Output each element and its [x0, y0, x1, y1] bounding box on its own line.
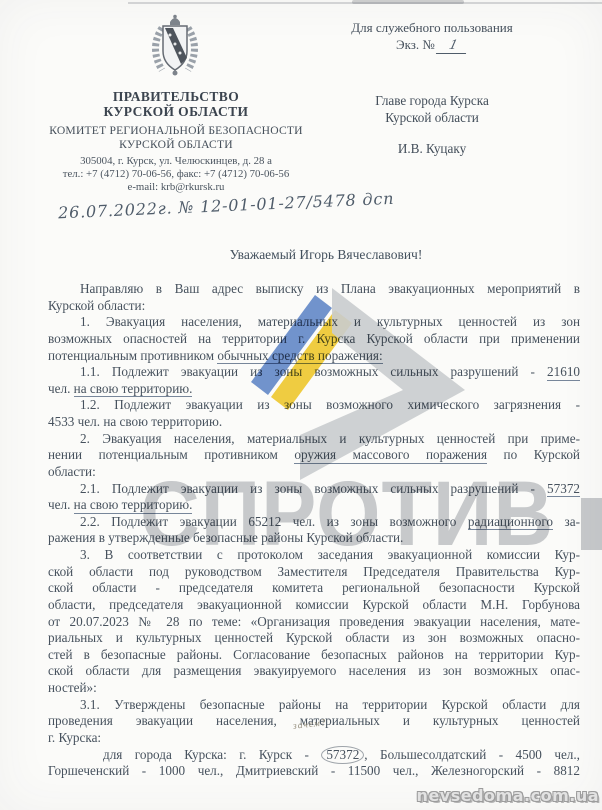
pencil-circle: 57372	[321, 746, 364, 764]
body-line: области, председателя эвакуационной коми…	[48, 597, 580, 614]
body-line: 1. Эвакуация населения, материальных и к…	[48, 314, 580, 331]
body-line: Направляю в Ваш адрес выписку из Плана э…	[48, 281, 580, 298]
body-line: 1.2. Подлежит эвакуации из зоны возможно…	[48, 397, 580, 414]
body-line: Курской области:	[48, 298, 580, 315]
department-name: КОМИТЕТ РЕГИОНАЛЬНОЙ БЕЗОПАСНОСТИ КУРСКО…	[20, 124, 332, 151]
body-text: Курской области:	[48, 298, 145, 313]
recipient-block: Главе города Курска Курской области И.В.…	[322, 93, 542, 158]
org-email: e-mail: krb@rkursk.ru	[20, 181, 332, 194]
scanned-letter-page: ПРАВИТЕЛЬСТВО КУРСКОЙ ОБЛАСТИ КОМИТЕТ РЕ…	[0, 0, 602, 810]
org-name: ПРАВИТЕЛЬСТВО КУРСКОЙ ОБЛАСТИ	[20, 90, 332, 119]
body-line: стей в безопасные районы. Согласование б…	[48, 647, 580, 664]
body-text: от 20.07.2023 № 28 по теме: «Организация…	[48, 614, 580, 629]
classification-stamp: Для служебного пользования Экз. № 1	[322, 20, 542, 54]
body-text: риальных и культурных ценностей Курской …	[48, 630, 580, 645]
body-text: ской области под руководством Заместител…	[48, 564, 580, 579]
org-address: 305004, г. Курск, ул. Челюскинцев, д. 28…	[20, 155, 332, 168]
kursk-coat-of-arms-icon	[142, 13, 208, 81]
body-text: чел.	[48, 497, 74, 512]
salutation: Уважаемый Игорь Вячеславович!	[60, 247, 592, 263]
body-line: ской области - председателя комитета рег…	[48, 580, 580, 597]
body-line: ностей»:	[48, 680, 580, 697]
body-text: Горшеченский - 1000 чел., Дмитриевский -…	[48, 763, 580, 778]
watermark-edge-fragment	[581, 498, 602, 550]
body-line: чел. на свою территорию.	[48, 381, 580, 398]
department-line1: КОМИТЕТ РЕГИОНАЛЬНОЙ БЕЗОПАСНОСТИ	[20, 124, 332, 138]
body-line: чел. на свою территорию.	[48, 497, 580, 514]
body-line: потенциальным противником обычных средст…	[48, 348, 580, 365]
body-text: 3.1. Утверждены безопасные районы на тер…	[80, 697, 580, 712]
body-text: 2.2. Подлежит эвакуации 65212 чел. из зо…	[80, 514, 468, 529]
body-line: 2.1. Подлежит эвакуации из зоны возможны…	[48, 481, 580, 498]
body-text: 1.1. Подлежит эвакуации из зоны возможны…	[80, 364, 547, 379]
recipient-line2: Курской области	[322, 110, 542, 127]
body-text: 3. В соответствии с протоколом заседания…	[80, 547, 580, 562]
body-text: , Большесолдатский - 4500 чел.,	[364, 747, 580, 762]
pencil-underline: 21610	[547, 364, 580, 381]
recipient-name: И.В. Куцаку	[322, 141, 542, 158]
body-line: от 20.07.2023 № 28 по теме: «Организация…	[48, 614, 580, 631]
body-text: стей в безопасные районы. Согласование б…	[48, 647, 580, 662]
pencil-underline: на свою территорию.	[74, 497, 193, 514]
body-line: ской области под руководством Заместител…	[48, 564, 580, 581]
body-line: 4533 чел. на свою территорию.	[48, 414, 580, 431]
department-line2: КУРСКОЙ ОБЛАСТИ	[20, 138, 332, 152]
body-line: риальных и культурных ценностей Курской …	[48, 630, 580, 647]
org-contacts: 305004, г. Курск, ул. Челюскинцев, д. 28…	[20, 155, 332, 194]
org-name-line1: ПРАВИТЕЛЬСТВО	[20, 90, 332, 105]
body-line: для города Курска: г. Курск - 57372, Бол…	[48, 747, 580, 764]
body-line: ской области для размещения эвакуируемог…	[48, 663, 580, 680]
body-text: для города Курска: г. Курск -	[103, 747, 321, 762]
body-line: 3. В соответствии с протоколом заседания…	[48, 547, 580, 564]
body-text: 1.2. Подлежит эвакуации из зоны возможно…	[80, 397, 580, 412]
copy-number-line: Экз. № 1	[322, 37, 542, 54]
copy-label: Экз. №	[396, 37, 435, 52]
body-line: возможных опасностей на территории г. Ку…	[48, 331, 580, 348]
body-line: 1.1. Подлежит эвакуации из зоны возможны…	[48, 364, 580, 381]
org-name-line2: КУРСКОЙ ОБЛАСТИ	[20, 105, 332, 120]
body-line: ражения в утвержденные безопасные районы…	[48, 530, 580, 547]
body-text: по Курской	[487, 447, 580, 462]
scan-artifact-smudge	[352, 0, 464, 4]
body-line: г. Курска:	[48, 730, 580, 747]
body-text: потенциальным противником	[48, 348, 217, 363]
body-line: 3.1. Утверждены безопасные районы на тер…	[48, 697, 580, 714]
pencil-underline: радиационного	[468, 514, 553, 531]
body-text: за-	[553, 514, 580, 529]
pencil-underline: на свою территорию.	[74, 381, 193, 398]
body-line: 2.2. Подлежит эвакуации 65212 чел. из зо…	[48, 514, 580, 531]
org-phone: тел.: +7 (4712) 70-06-56, факс: +7 (4712…	[20, 168, 332, 181]
pencil-underline: оружия массового поражения	[294, 447, 487, 464]
body-text: г. Курска:	[48, 730, 101, 745]
body-line: области:	[48, 464, 580, 481]
body-text: ностей»:	[48, 680, 97, 695]
body-text: 1. Эвакуация населения, материальных и к…	[80, 314, 580, 329]
pencil-underline: обычных средств поражения:	[217, 348, 382, 365]
body-line: Горшеченский - 1000 чел., Дмитриевский -…	[48, 763, 580, 780]
recipient-line1: Главе города Курска	[322, 93, 542, 110]
body-text: нении потенциальным противником	[48, 447, 294, 462]
body-text: чел.	[48, 381, 74, 396]
document-body: Направляю в Ваш адрес выписку из Плана э…	[48, 281, 580, 780]
pencil-underline: 57372	[547, 481, 580, 498]
body-text: 2. Эвакуация населения, материальных и к…	[80, 431, 580, 446]
copy-number-handwritten: 1	[436, 37, 470, 54]
body-text: ской области для размещения эвакуируемог…	[48, 663, 580, 678]
body-text: 4533 чел. на свою территорию.	[48, 414, 222, 429]
body-text: 2.1. Подлежит эвакуации из зоны возможны…	[80, 481, 547, 496]
site-watermark: nevsedoma.com.ua	[417, 786, 599, 805]
body-text: ской области - председателя комитета рег…	[48, 580, 580, 595]
body-line: нении потенциальным противником оружия м…	[48, 447, 580, 464]
body-text: области:	[48, 464, 96, 479]
body-text: ражения в утвержденные безопасные районы…	[48, 530, 403, 545]
body-text: области, председателя эвакуационной коми…	[48, 597, 580, 612]
body-text: возможных опасностей на территории г. Ку…	[48, 331, 580, 346]
body-line: 2. Эвакуация населения, материальных и к…	[48, 431, 580, 448]
body-text: Направляю в Ваш адрес выписку из Плана э…	[80, 281, 580, 296]
classification-text: Для служебного пользования	[322, 20, 542, 36]
